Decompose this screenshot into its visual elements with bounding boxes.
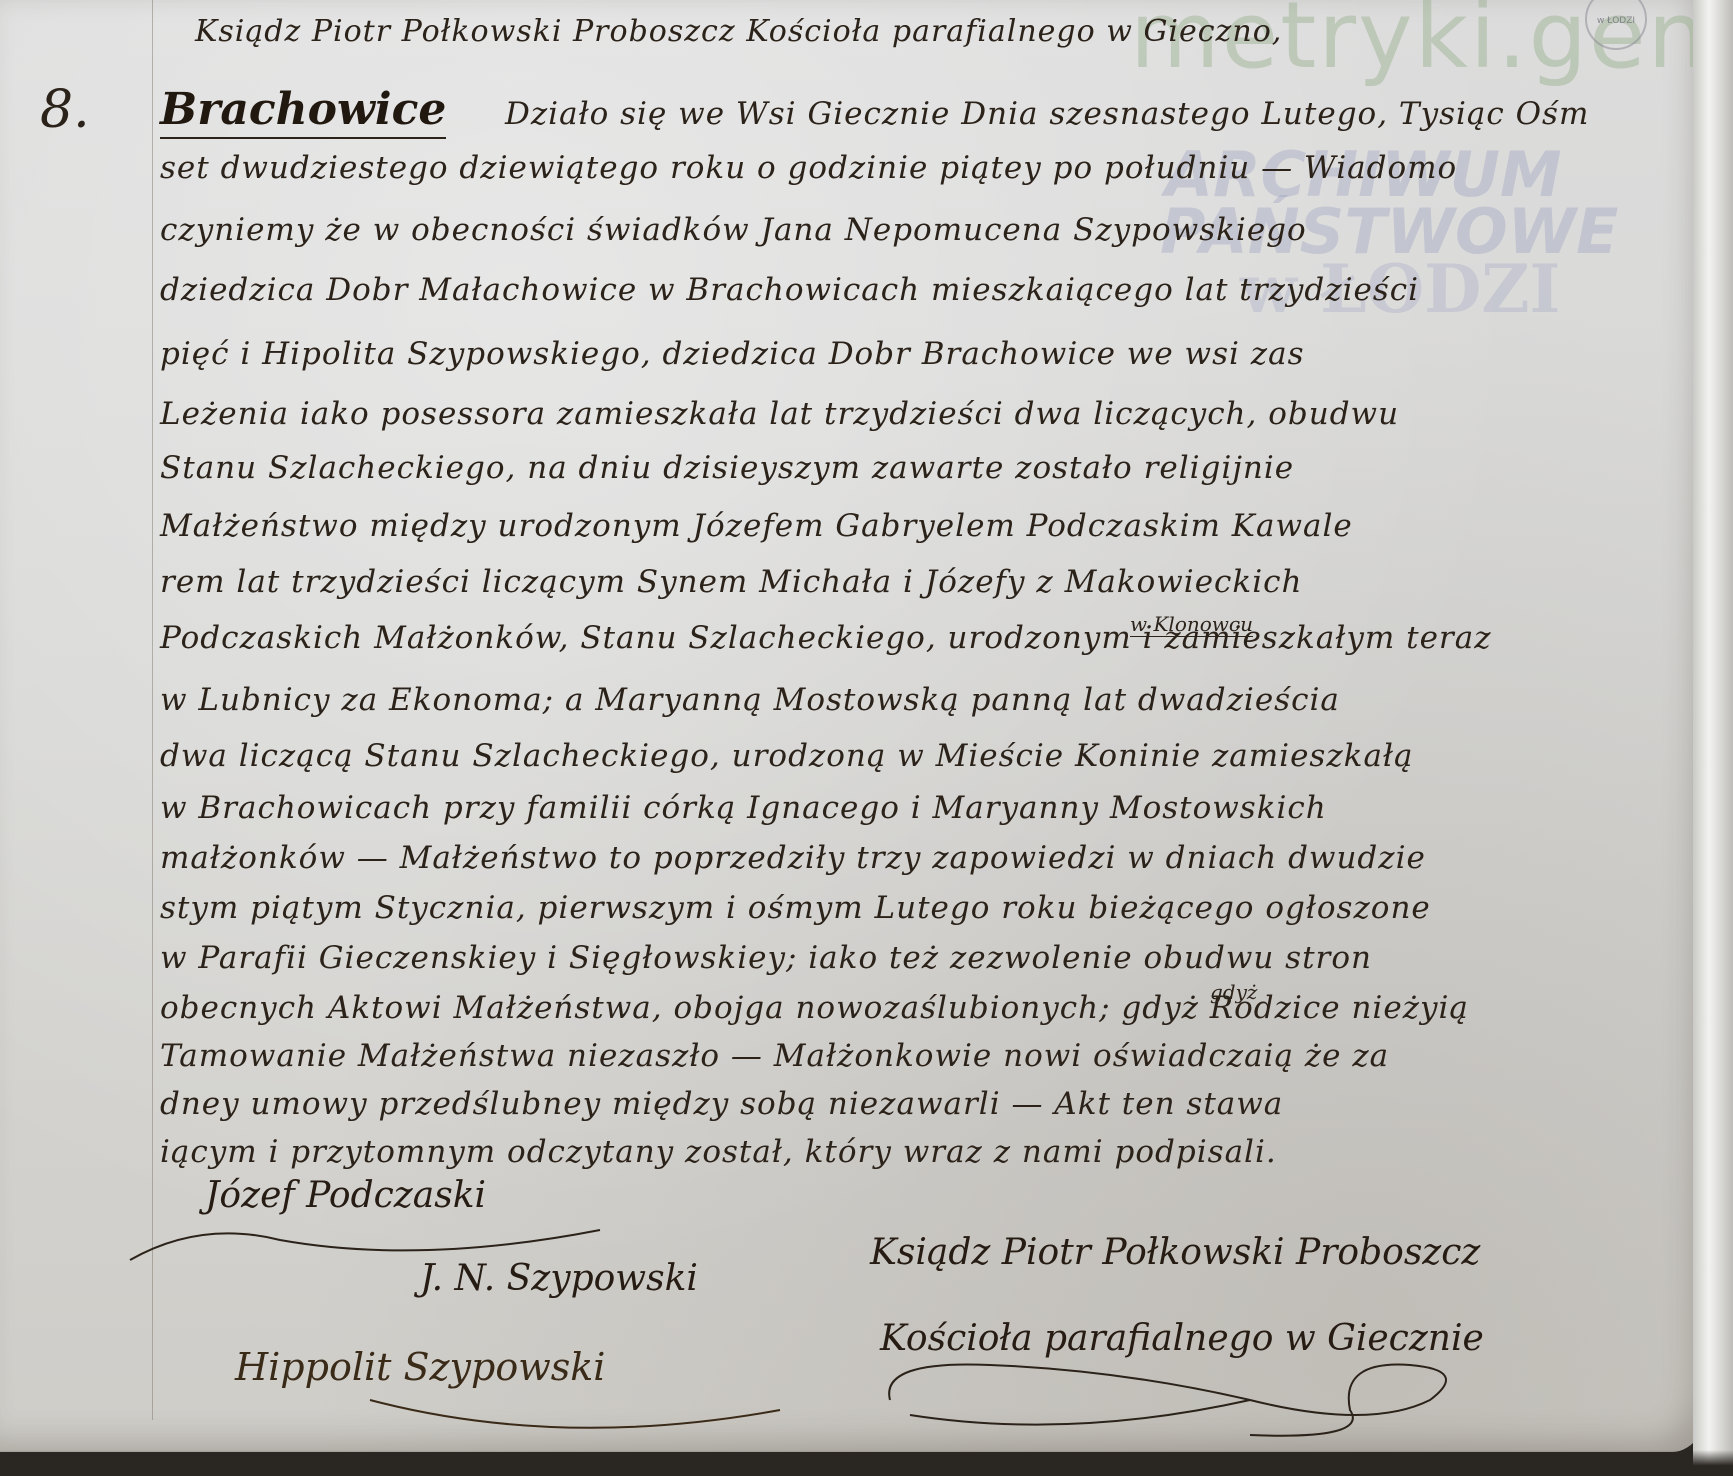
entry-line-7: Stanu Szlacheckiego, na dniu dzisieyszym… [160,450,1294,486]
entry-line-17: obecnych Aktowi Małżeństwa, obojga nowoz… [160,990,1469,1026]
entry-line-10: Podczaskich Małżonków, Stanu Szlacheckie… [160,620,1492,656]
signature-witness-1: J. N. Szypowski [420,1258,698,1299]
witness-signature-flourish-icon [360,1380,800,1450]
entry-line-16: w Parafii Gieczenskiey i Sięgłowskiey; i… [160,940,1372,976]
signature-priest-line-2: Kościoła parafialnego w Giecznie [880,1318,1484,1359]
entry-line-8: Małżeństwo między urodzonym Józefem Gabr… [160,508,1353,544]
previous-entry-signature: Ksiądz Piotr Połkowski Proboszcz Kościoł… [195,14,1282,49]
entry-line-9: rem lat trzydzieści liczącym Synem Micha… [160,564,1302,600]
entry-number: 8. [40,80,90,140]
entry-line-6: Leżenia iako posessora zamieszkała lat t… [160,396,1399,432]
entry-line-12: dwa liczącą Stanu Szlacheckiego, urodzon… [160,738,1413,774]
entry-place-name: Brachowice [160,84,446,139]
interlinear-insertion-gdyz: gdyż [1210,980,1257,1004]
entry-line-14: małżonków — Małżeństwo to poprzedziły tr… [160,840,1426,876]
margin-rule [152,0,153,1420]
page-gutter [1693,0,1733,1476]
entry-line-4: dziedzica Dobr Małachowice w Brachowicac… [160,272,1419,308]
entry-line-1: Działo się we Wsi Giecznie Dnia szesnast… [505,96,1589,132]
signature-witness-2: Hippolit Szypowski [235,1345,605,1389]
entry-line-2: set dwudziestego dziewiątego roku o godz… [160,150,1457,186]
entry-line-13: w Brachowicach przy familii córką Ignace… [160,790,1327,826]
register-page: metryki.genealodzy ARCHIWUM PAŃSTWOWE w … [0,0,1712,1452]
entry-line-11: w Lubnicy za Ekonoma; a Maryanną Mostows… [160,682,1340,718]
entry-line-19: dney umowy przedślubney między sobą niez… [160,1086,1283,1122]
archive-stamp-icon: w ŁODZI [1585,0,1647,50]
entry-line-20: iącym i przytomnym odczytany został, któ… [160,1134,1277,1170]
entry-line-5: pięć i Hipolita Szypowskiego, dziedzica … [160,336,1304,372]
interlinear-insertion-klonowcu: w Klonowcu [1130,612,1253,637]
entry-line-15: stym piątym Stycznia, pierwszym i ośmym … [160,890,1431,926]
signature-groom: Józef Podczaski [205,1175,486,1216]
stamp-text: w ŁODZI [1597,16,1635,26]
entry-line-18: Tamowanie Małżeństwa niezaszło — Małżonk… [160,1038,1389,1074]
page-bottom-edge [0,1450,1733,1476]
entry-line-3: czyniemy że w obecności świadków Jana Ne… [160,212,1307,248]
signature-priest-line-1: Ksiądz Piotr Połkowski Proboszcz [870,1232,1480,1273]
